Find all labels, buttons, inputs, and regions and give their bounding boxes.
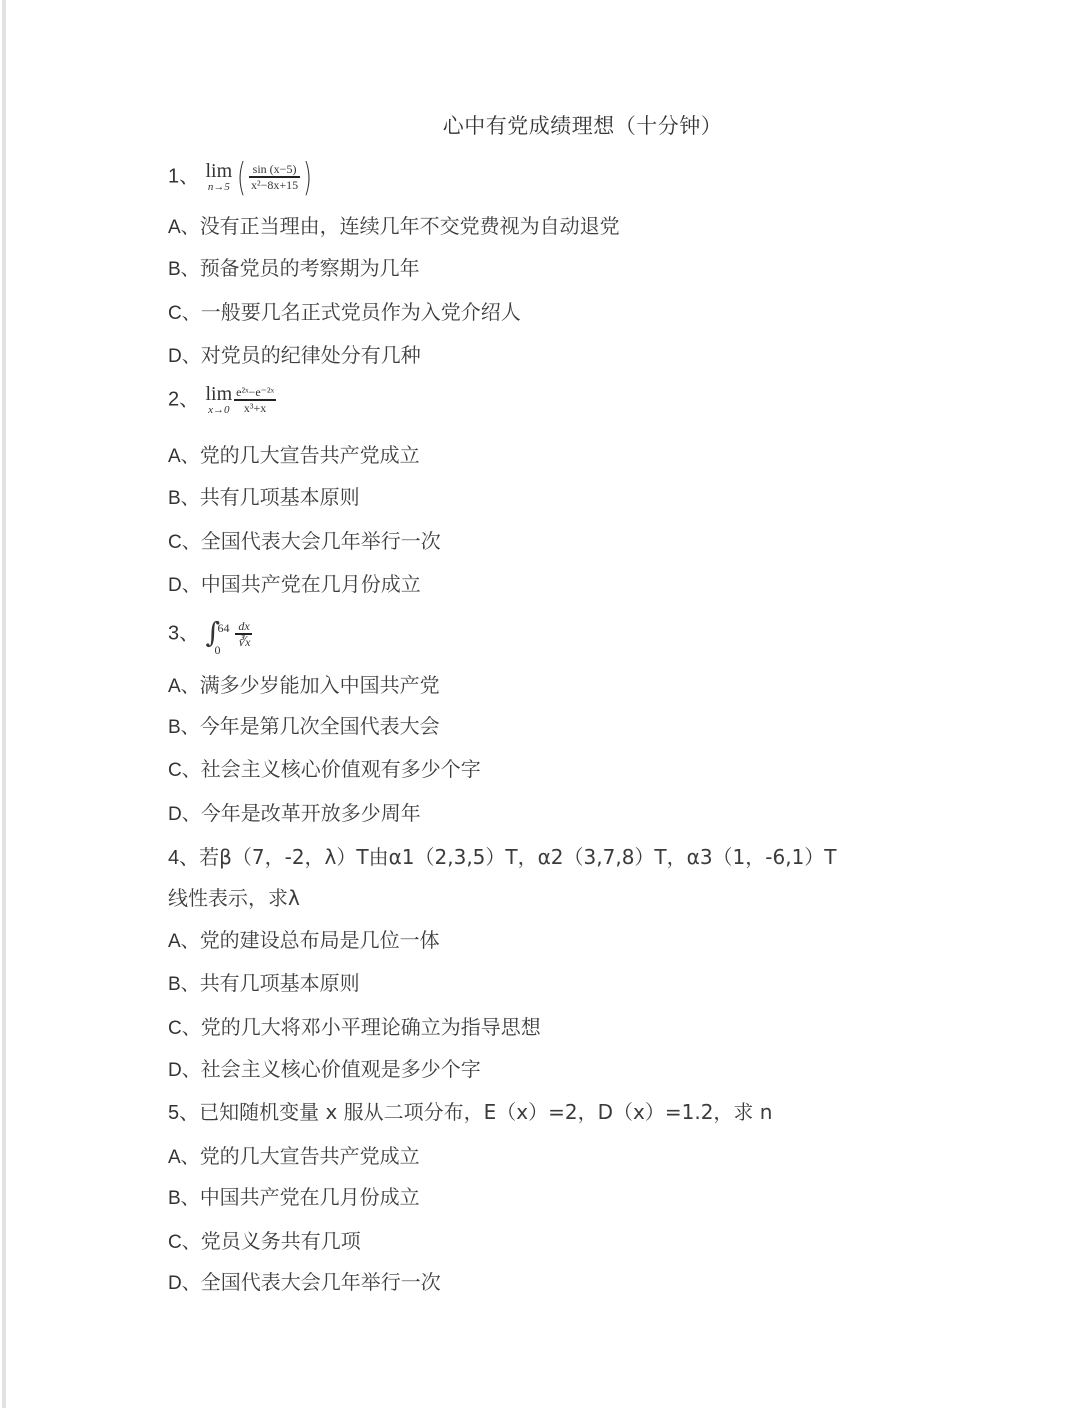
option-letter: C、 bbox=[168, 760, 201, 781]
question-2-option-a: A、党的几大宣告共产党成立 bbox=[168, 441, 420, 471]
integral-expression: ∫ 64 0 dx ∛x bbox=[205, 614, 252, 654]
question-3-stem: 3、 ∫ 64 0 dx ∛x bbox=[168, 614, 252, 654]
option-text: 全国代表大会几年举行一次 bbox=[201, 529, 441, 553]
lim-label: lim bbox=[205, 161, 232, 181]
option-text: 社会主义核心价值观是多少个字 bbox=[201, 1057, 481, 1081]
question-4-stem-line-1: 4、若β（7，-2，λ）T由α1（2,3,5）T，α2（3,7,8）T，α3（1… bbox=[168, 843, 837, 872]
option-letter: D、 bbox=[168, 346, 201, 367]
option-text: 党的建设总布局是几位一体 bbox=[200, 928, 440, 952]
question-number: 5、 bbox=[168, 1102, 199, 1124]
option-letter: B、 bbox=[168, 974, 200, 995]
question-number: 2、 bbox=[168, 389, 199, 411]
left-paren: ( bbox=[237, 158, 246, 196]
option-text: 全国代表大会几年举行一次 bbox=[201, 1270, 441, 1294]
question-1-option-c: C、一般要几名正式党员作为入党介绍人 bbox=[168, 298, 521, 328]
option-text: 对党员的纪律处分有几种 bbox=[201, 343, 421, 367]
limit-expression: lim n→5 ( sin (x−5) x²−8x+15 ) bbox=[205, 158, 314, 196]
option-letter: A、 bbox=[168, 676, 200, 697]
question-4-option-b: B、共有几项基本原则 bbox=[168, 969, 360, 999]
question-3-option-c: C、社会主义核心价值观有多少个字 bbox=[168, 755, 481, 785]
question-5-stem: 5、已知随机变量 x 服从二项分布，E（x）=2，D（x）=1.2，求 n bbox=[168, 1098, 772, 1127]
numerator: sin (x−5) bbox=[249, 162, 300, 178]
lim-subscript: n→5 bbox=[205, 181, 232, 193]
question-4-option-d: D、社会主义核心价值观是多少个字 bbox=[168, 1055, 481, 1085]
option-text: 中国共产党在几月份成立 bbox=[200, 1185, 420, 1209]
option-letter: D、 bbox=[168, 1060, 201, 1081]
question-text: 线性表示，求λ bbox=[168, 886, 300, 910]
question-2-option-d: D、中国共产党在几月份成立 bbox=[168, 570, 421, 600]
option-text: 党的几大宣告共产党成立 bbox=[200, 1144, 420, 1168]
option-letter: C、 bbox=[168, 1018, 201, 1039]
lower-limit: 0 bbox=[214, 636, 220, 664]
option-letter: C、 bbox=[168, 1232, 201, 1253]
option-text: 党的几大将邓小平理论确立为指导思想 bbox=[201, 1015, 541, 1039]
question-4-option-c: C、党的几大将邓小平理论确立为指导思想 bbox=[168, 1013, 541, 1043]
numerator: dx bbox=[235, 619, 252, 635]
question-5-option-a: A、党的几大宣告共产党成立 bbox=[168, 1142, 420, 1172]
limit-expression: lim x→0 e²ˣ−e⁻²ˣ x³+x bbox=[205, 384, 276, 416]
question-1-option-d: D、对党员的纪律处分有几种 bbox=[168, 341, 421, 371]
document-title: 心中有党成绩理想（十分钟） bbox=[0, 110, 1080, 140]
denominator: x³+x bbox=[234, 401, 276, 415]
option-letter: D、 bbox=[168, 804, 201, 825]
denominator: ∛x bbox=[235, 635, 252, 649]
question-5-option-d: D、全国代表大会几年举行一次 bbox=[168, 1268, 441, 1298]
question-3-option-d: D、今年是改革开放多少周年 bbox=[168, 799, 421, 829]
fraction: dx ∛x bbox=[235, 619, 252, 649]
document-page: 心中有党成绩理想（十分钟） 1、 lim n→5 ( sin (x−5) x²−… bbox=[0, 0, 1080, 1408]
question-text: 若β（7，-2，λ）T由α1（2,3,5）T，α2（3,7,8）T，α3（1，-… bbox=[199, 845, 836, 869]
option-letter: B、 bbox=[168, 1188, 200, 1209]
option-letter: C、 bbox=[168, 532, 201, 553]
option-text: 预备党员的考察期为几年 bbox=[200, 256, 420, 280]
option-letter: A、 bbox=[168, 217, 200, 238]
question-3-option-a: A、满多少岁能加入中国共产党 bbox=[168, 671, 440, 701]
question-1-option-b: B、预备党员的考察期为几年 bbox=[168, 254, 420, 284]
option-text: 党员义务共有几项 bbox=[201, 1229, 361, 1253]
option-text: 一般要几名正式党员作为入党介绍人 bbox=[201, 300, 521, 324]
option-letter: B、 bbox=[168, 488, 200, 509]
fraction: e²ˣ−e⁻²ˣ x³+x bbox=[234, 385, 276, 415]
option-text: 共有几项基本原则 bbox=[200, 485, 360, 509]
question-1-stem: 1、 lim n→5 ( sin (x−5) x²−8x+15 ) bbox=[168, 158, 315, 196]
question-5-option-b: B、中国共产党在几月份成立 bbox=[168, 1183, 420, 1213]
option-text: 党的几大宣告共产党成立 bbox=[200, 443, 420, 467]
option-letter: B、 bbox=[168, 259, 200, 280]
option-text: 今年是第几次全国代表大会 bbox=[200, 714, 440, 738]
right-paren: ) bbox=[303, 158, 312, 196]
question-number: 4、 bbox=[168, 847, 199, 869]
option-text: 没有正当理由，连续几年不交党费视为自动退党 bbox=[200, 214, 620, 238]
option-text: 共有几项基本原则 bbox=[200, 971, 360, 995]
option-text: 满多少岁能加入中国共产党 bbox=[200, 673, 440, 697]
question-2-stem: 2、 lim x→0 e²ˣ−e⁻²ˣ x³+x bbox=[168, 384, 276, 416]
question-1-option-a: A、没有正当理由，连续几年不交党费视为自动退党 bbox=[168, 212, 620, 242]
question-2-option-c: C、全国代表大会几年举行一次 bbox=[168, 527, 441, 557]
option-letter: D、 bbox=[168, 1273, 201, 1294]
option-text: 中国共产党在几月份成立 bbox=[201, 572, 421, 596]
option-text: 今年是改革开放多少周年 bbox=[201, 801, 421, 825]
lim-label: lim bbox=[205, 384, 232, 404]
option-letter: D、 bbox=[168, 575, 201, 596]
denominator: x²−8x+15 bbox=[249, 178, 300, 192]
question-text: 已知随机变量 x 服从二项分布，E（x）=2，D（x）=1.2，求 n bbox=[199, 1100, 772, 1124]
question-5-option-c: C、党员义务共有几项 bbox=[168, 1227, 361, 1257]
fraction: sin (x−5) x²−8x+15 bbox=[249, 162, 300, 192]
option-letter: A、 bbox=[168, 446, 200, 467]
question-3-option-b: B、今年是第几次全国代表大会 bbox=[168, 712, 440, 742]
question-2-option-b: B、共有几项基本原则 bbox=[168, 483, 360, 513]
option-letter: A、 bbox=[168, 1147, 200, 1168]
option-text: 社会主义核心价值观有多少个字 bbox=[201, 757, 481, 781]
question-number: 3、 bbox=[168, 623, 199, 645]
question-4-stem-line-2: 线性表示，求λ bbox=[168, 884, 300, 912]
question-4-option-a: A、党的建设总布局是几位一体 bbox=[168, 926, 440, 956]
lim-subscript: x→0 bbox=[205, 404, 232, 416]
question-number: 1、 bbox=[168, 166, 199, 188]
option-letter: B、 bbox=[168, 717, 200, 738]
option-letter: C、 bbox=[168, 303, 201, 324]
numerator: e²ˣ−e⁻²ˣ bbox=[234, 385, 276, 401]
option-letter: A、 bbox=[168, 931, 200, 952]
